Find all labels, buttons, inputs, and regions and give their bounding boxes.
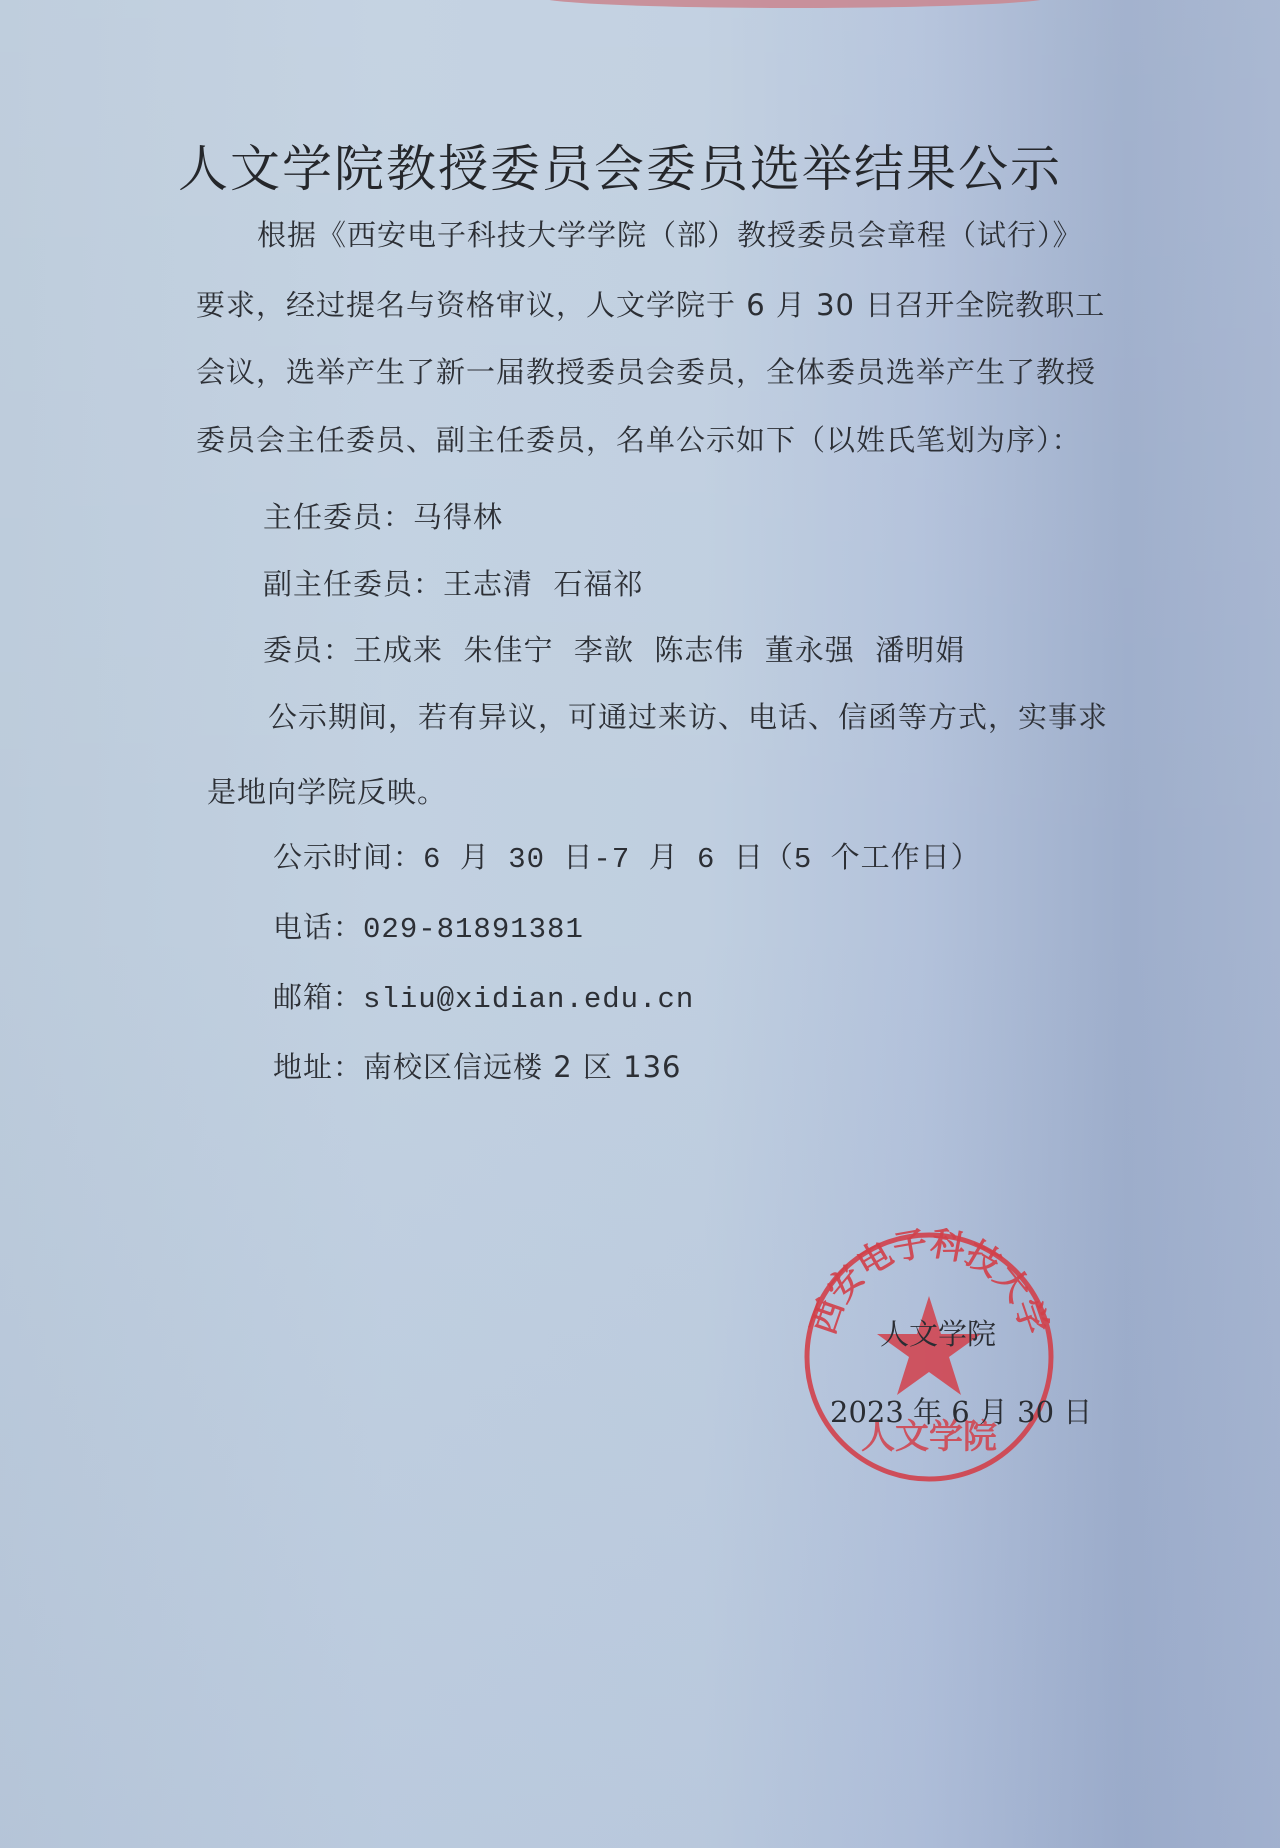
- paragraph1-line2: 要求，经过提名与资格审议，人文学院于 6 月 30 日召开全院教职工: [196, 283, 1105, 324]
- chair-label: 主任委员：: [263, 500, 413, 534]
- chair-row: 主任委员：马得林: [263, 495, 503, 536]
- email-row: 邮箱：sliu@xidian.edu.cn: [273, 975, 694, 1016]
- period-value: 6 月 30 日-7 月 6 日（5 个工作日）: [423, 843, 981, 876]
- phone-label: 电话：: [273, 910, 363, 944]
- chair-names: 马得林: [413, 500, 503, 534]
- document-title: 人文学院教授委员会委员选举结果公示: [0, 129, 1260, 201]
- email-label: 邮箱：: [273, 980, 363, 1014]
- top-edge-red-mark: [540, 0, 1050, 8]
- paragraph2-line2: 是地向学院反映。: [207, 770, 447, 811]
- paper-shading: [0, 0, 1280, 1848]
- paragraph1-line4: 委员会主任委员、副主任委员，名单公示如下（以姓氏笔划为序）：: [196, 418, 1082, 459]
- address-label: 地址：: [273, 1050, 363, 1084]
- paragraph1-line3: 会议，选举产生了新一届教授委员会委员，全体委员选举产生了教授: [196, 350, 1096, 391]
- address-row: 地址：南校区信远楼 2 区 136: [273, 1045, 681, 1086]
- paragraph2-line1: 公示期间，若有异议，可通过来访、电话、信函等方式，实事求: [268, 695, 1108, 736]
- period-label: 公示时间：: [273, 840, 423, 874]
- members-label: 委员：: [263, 633, 353, 667]
- phone-row: 电话：029-81891381: [273, 905, 584, 946]
- vice-chair-label: 副主任委员：: [263, 567, 443, 601]
- paragraph1-line1: 根据《西安电子科技大学学院（部）教授委员会章程（试行）》: [257, 213, 1083, 254]
- vice-chair-row: 副主任委员：王志清 石福祁: [263, 562, 643, 603]
- email-value: sliu@xidian.edu.cn: [363, 983, 694, 1016]
- period-row: 公示时间：6 月 30 日-7 月 6 日（5 个工作日）: [273, 835, 981, 876]
- signature-org: 人文学院: [880, 1312, 996, 1353]
- signature-date: 2023 年 6 月 30 日: [830, 1390, 1092, 1431]
- vice-chair-names: 王志清 石福祁: [443, 567, 643, 601]
- official-seal: 西安电子科技大学 人文学院: [800, 1228, 1058, 1486]
- address-value: 南校区信远楼 2 区 136: [363, 1050, 681, 1084]
- members-row: 委员：王成来 朱佳宁 李歆 陈志伟 董永强 潘明娟: [263, 628, 965, 669]
- phone-value: 029-81891381: [363, 913, 584, 946]
- members-names: 王成来 朱佳宁 李歆 陈志伟 董永强 潘明娟: [353, 633, 965, 667]
